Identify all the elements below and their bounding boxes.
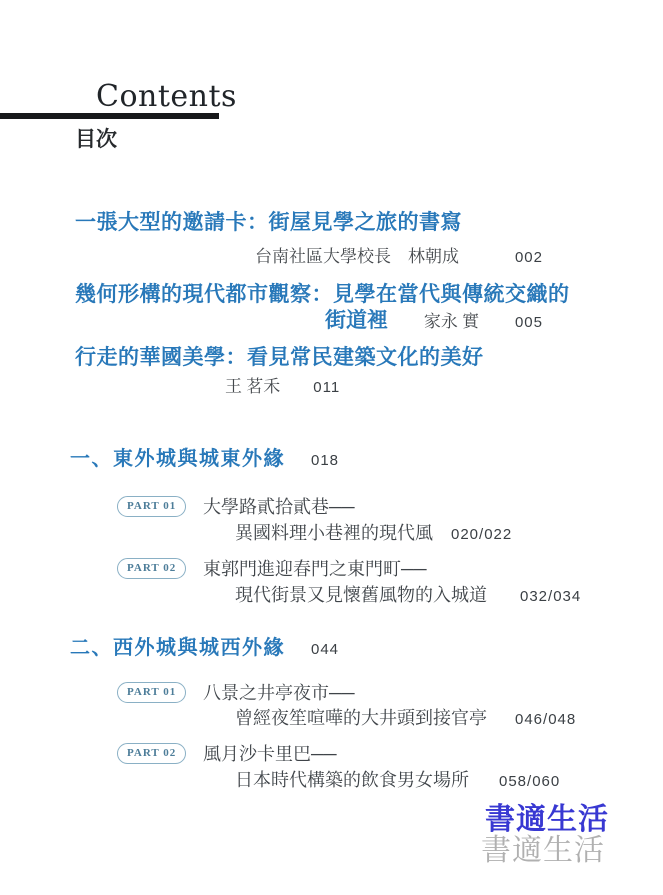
part-page-numbers: 032/034	[520, 588, 581, 605]
contents-heading: Contents	[96, 80, 237, 115]
part-subtitle-row: 異國料理小巷裡的現代風 020/022	[235, 523, 512, 544]
part-title: 八景之井亭夜市──	[203, 683, 355, 704]
part-title: 風月沙卡里巴──	[203, 744, 337, 765]
author-credit: 王 茗禾	[225, 377, 280, 397]
toc-title-zh: 目次	[75, 127, 117, 151]
part-subtitle: 異國料理小巷裡的現代風	[235, 523, 433, 544]
page-number: 005	[515, 314, 543, 331]
part-page-numbers: 058/060	[499, 773, 560, 790]
section-title: 一、東外城與城東外緣	[70, 448, 285, 471]
part-badge: PART 01	[117, 682, 186, 703]
page-number: 002	[515, 249, 543, 266]
section-heading: 一、東外城與城東外緣 018	[70, 448, 339, 471]
part-subtitle: 日本時代構築的飲食男女場所	[235, 770, 469, 791]
part-subtitle-row: 現代街景又見懷舊風物的入城道 032/034	[235, 585, 581, 606]
part-badge: PART 02	[117, 558, 186, 579]
part-title: 東郭門進迎春門之東門町──	[203, 559, 427, 580]
header-rule	[0, 113, 219, 119]
section-title: 二、西外城與城西外緣	[70, 637, 285, 660]
foreword-title-continuation-row: 街道裡 家永 實 005	[325, 309, 543, 333]
foreword-title: 一張大型的邀請卡：街屋見學之旅的書寫	[75, 211, 462, 235]
part-subtitle: 現代街景又見懷舊風物的入城道	[235, 585, 487, 606]
page-number: 018	[311, 452, 339, 469]
part-title: 大學路貳拾貳巷──	[203, 497, 355, 518]
part-page-numbers: 020/022	[451, 526, 512, 543]
author-credit: 家永 實	[424, 312, 479, 332]
toc-page: Contents 目次 一張大型的邀請卡：街屋見學之旅的書寫 台南社區大學校長 …	[0, 0, 663, 895]
watermark-secondary: 書適生活	[481, 834, 605, 869]
foreword-byline: 台南社區大學校長 林朝成 002	[255, 247, 543, 267]
section-heading: 二、西外城與城西外緣 044	[70, 637, 339, 660]
part-page-numbers: 046/048	[515, 711, 576, 728]
foreword-title: 幾何形構的現代都市觀察：見學在當代與傳統交織的	[75, 283, 570, 307]
part-subtitle-row: 日本時代構築的飲食男女場所 058/060	[235, 770, 560, 791]
foreword-title: 行走的華國美學：看見常民建築文化的美好	[75, 346, 484, 370]
author-credit: 台南社區大學校長 林朝成	[255, 247, 459, 267]
watermark-primary: 書適生活	[485, 803, 609, 838]
part-badge: PART 02	[117, 743, 186, 764]
part-subtitle-row: 曾經夜笙喧嘩的大井頭到接官亭 046/048	[235, 708, 576, 729]
foreword-title-continued: 街道裡	[325, 309, 388, 333]
part-badge: PART 01	[117, 496, 186, 517]
part-subtitle: 曾經夜笙喧嘩的大井頭到接官亭	[235, 708, 487, 729]
page-number: 011	[313, 379, 340, 396]
foreword-byline: 王 茗禾 011	[225, 377, 340, 397]
page-number: 044	[311, 641, 339, 658]
